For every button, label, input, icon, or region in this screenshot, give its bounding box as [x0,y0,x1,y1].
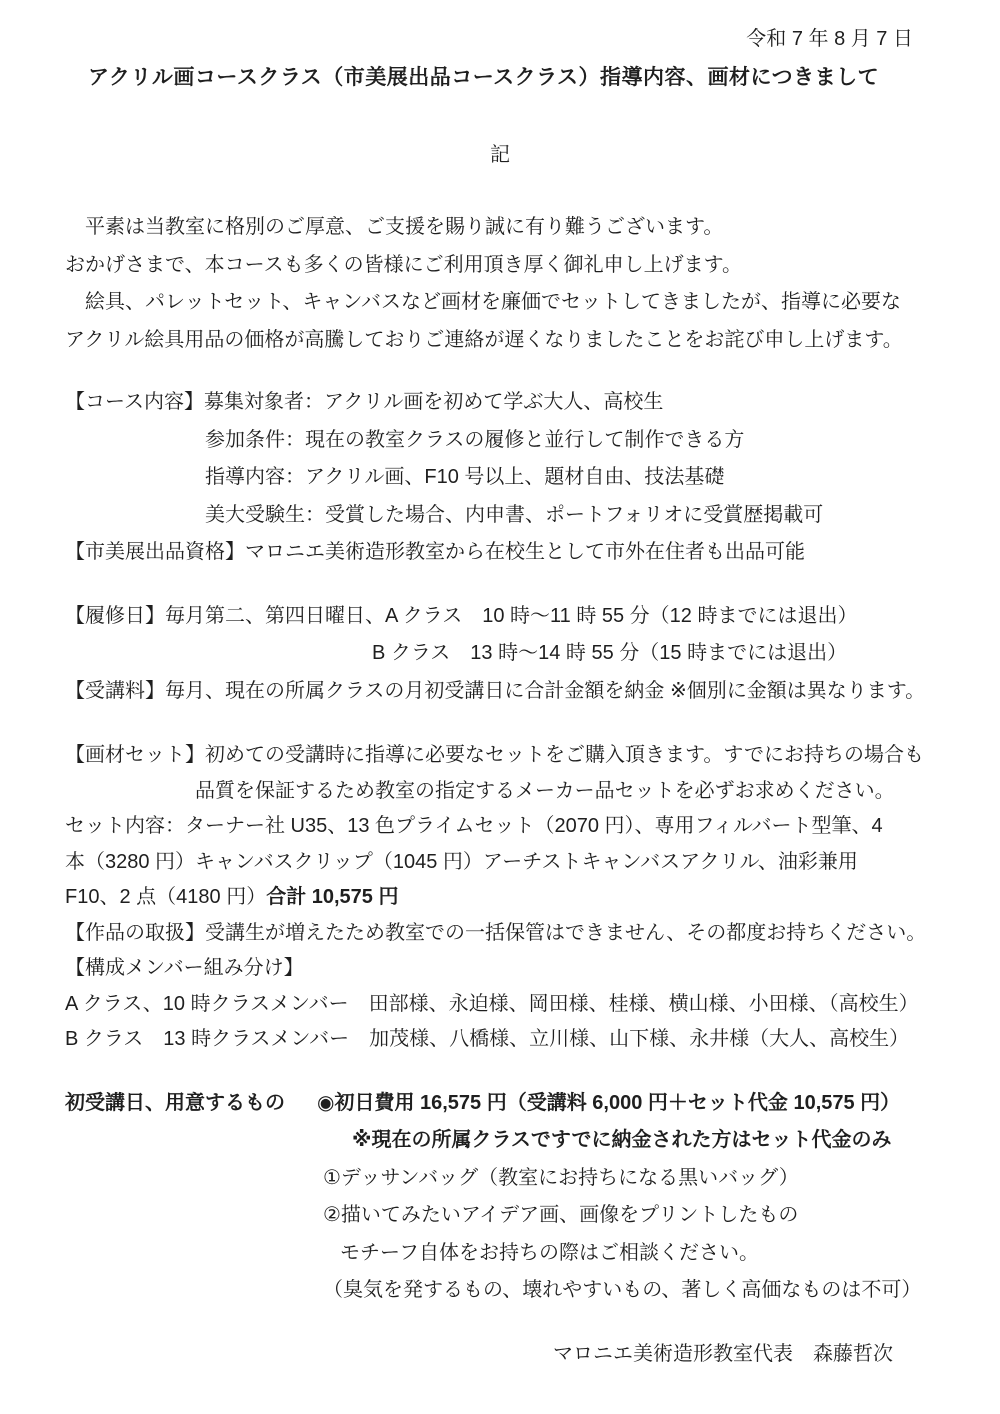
artwork-handling-line: 【作品の取扱】受講生が増えたため教室での一括保管はできません、その都度お持ちくだ… [65,916,935,952]
set-contents-line: 本（3280 円）キャンバスクリップ（1045 円）アーチストキャンバスアクリル… [65,845,935,881]
doc-marker: 記 [65,137,935,175]
first-day-section: 初受講日、用意するもの◉初日費用 16,575 円（受講料 6,000 円＋セッ… [65,1085,935,1310]
course-intro-line: 【コース内容】募集対象者：アクリル画を初めて学ぶ大人、高校生 [65,384,935,422]
first-day-cost-line: 初受講日、用意するもの◉初日費用 16,575 円（受講料 6,000 円＋セッ… [65,1085,935,1123]
first-day-item-line: ①デッサンバッグ（教室にお持ちになる黒いバッグ） [65,1160,935,1198]
first-day-item-line: モチーフ自体をお持ちの際はご相談ください。 [65,1235,935,1273]
materials-intro-line: 品質を保証するため教室の指定するメーカー品セットを必ずお求めください。 [65,774,935,810]
members-class-b-line: B クラス 13 時クラスメンバー 加茂様、八橋様、立川様、山下様、永井様（大人… [65,1022,935,1058]
greeting-line: アクリル絵具用品の価格が高騰しておりご連絡が遅くなりましたことをお詫び申し上げま… [65,322,935,360]
first-day-item-line: （臭気を発するもの、壊れやすいもの、著しく高価なものは不可） [65,1272,935,1310]
tuition-line: 【受講料】毎月、現在の所属クラスの月初受講日に合計金額を納金 ※個別に金額は異な… [65,673,935,711]
first-day-item-line: ②描いてみたいアイデア画、画像をプリントしたもの [65,1197,935,1235]
greeting-line: おかげさまで、本コースも多くの皆様にご利用頂き厚く御礼申し上げます。 [65,247,935,285]
first-day-label: 初受講日、用意するもの [65,1085,317,1123]
members-class-a-line: A クラス、10 時クラスメンバー 田部様、永迫様、岡田様、桂様、横山様、小田様… [65,987,935,1023]
set-contents-line: セット内容：ターナー社 U35、13 色プライムセット（2070 円）、専用フィ… [65,809,935,845]
first-day-note-line: ※現在の所属クラスですでに納金された方はセット代金のみ [65,1122,935,1160]
document-date: 令和 7 年 8 月 7 日 [65,21,935,59]
document-title: アクリル画コースクラス（市美展出品コースクラス）指導内容、画材につきまして [88,59,935,97]
greeting-line: 絵具、パレットセット、キャンバスなど画材を廉価でセットしてきましたが、指導に必要… [65,284,935,322]
course-content-section: 【コース内容】募集対象者：アクリル画を初めて学ぶ大人、高校生 参加条件：現在の教… [65,384,935,572]
course-detail-line: 指導内容：アクリル画、F10 号以上、題材自由、技法基礎 [65,459,935,497]
set-total-regular: F10、2 点（4180 円） [65,886,266,908]
set-total-line: F10、2 点（4180 円）合計 10,575 円 [65,880,935,916]
first-day-cost: ◉初日費用 16,575 円（受講料 6,000 円＋セット代金 10,575 … [317,1092,900,1114]
course-detail-line: 美大受験生：受賞した場合、内申書、ポートフォリオに受賞歴掲載可 [65,497,935,535]
exhibit-eligibility-line: 【市美展出品資格】マロニエ美術造形教室から在校生として市外在住者も出品可能 [65,534,935,572]
signature-line: マロニエ美術造形教室代表 森藤哲次 [65,1336,935,1374]
materials-section: 【画材セット】初めての受講時に指導に必要なセットをご購入頂きます。すでにお持ちの… [65,738,935,1058]
course-detail-line: 参加条件：現在の教室クラスの履修と並行して制作できる方 [65,422,935,460]
members-heading: 【構成メンバー組み分け】 [65,951,935,987]
schedule-section: 【履修日】毎月第二、第四日曜日、A クラス 10 時～11 時 55 分（12 … [65,598,935,711]
set-total-amount: 合計 10,575 円 [266,886,398,908]
schedule-class-b-line: B クラス 13 時～14 時 55 分（15 時までには退出） [65,635,935,673]
document-page: 令和 7 年 8 月 7 日 アクリル画コースクラス（市美展出品コースクラス）指… [0,0,1000,1414]
schedule-class-a-line: 【履修日】毎月第二、第四日曜日、A クラス 10 時～11 時 55 分（12 … [65,598,935,636]
materials-intro-line: 【画材セット】初めての受講時に指導に必要なセットをご購入頂きます。すでにお持ちの… [65,738,935,774]
greeting-line: 平素は当教室に格別のご厚意、ご支援を賜り誠に有り難うございます。 [65,209,935,247]
greeting-paragraph: 平素は当教室に格別のご厚意、ご支援を賜り誠に有り難うございます。 おかげさまで、… [65,209,935,359]
